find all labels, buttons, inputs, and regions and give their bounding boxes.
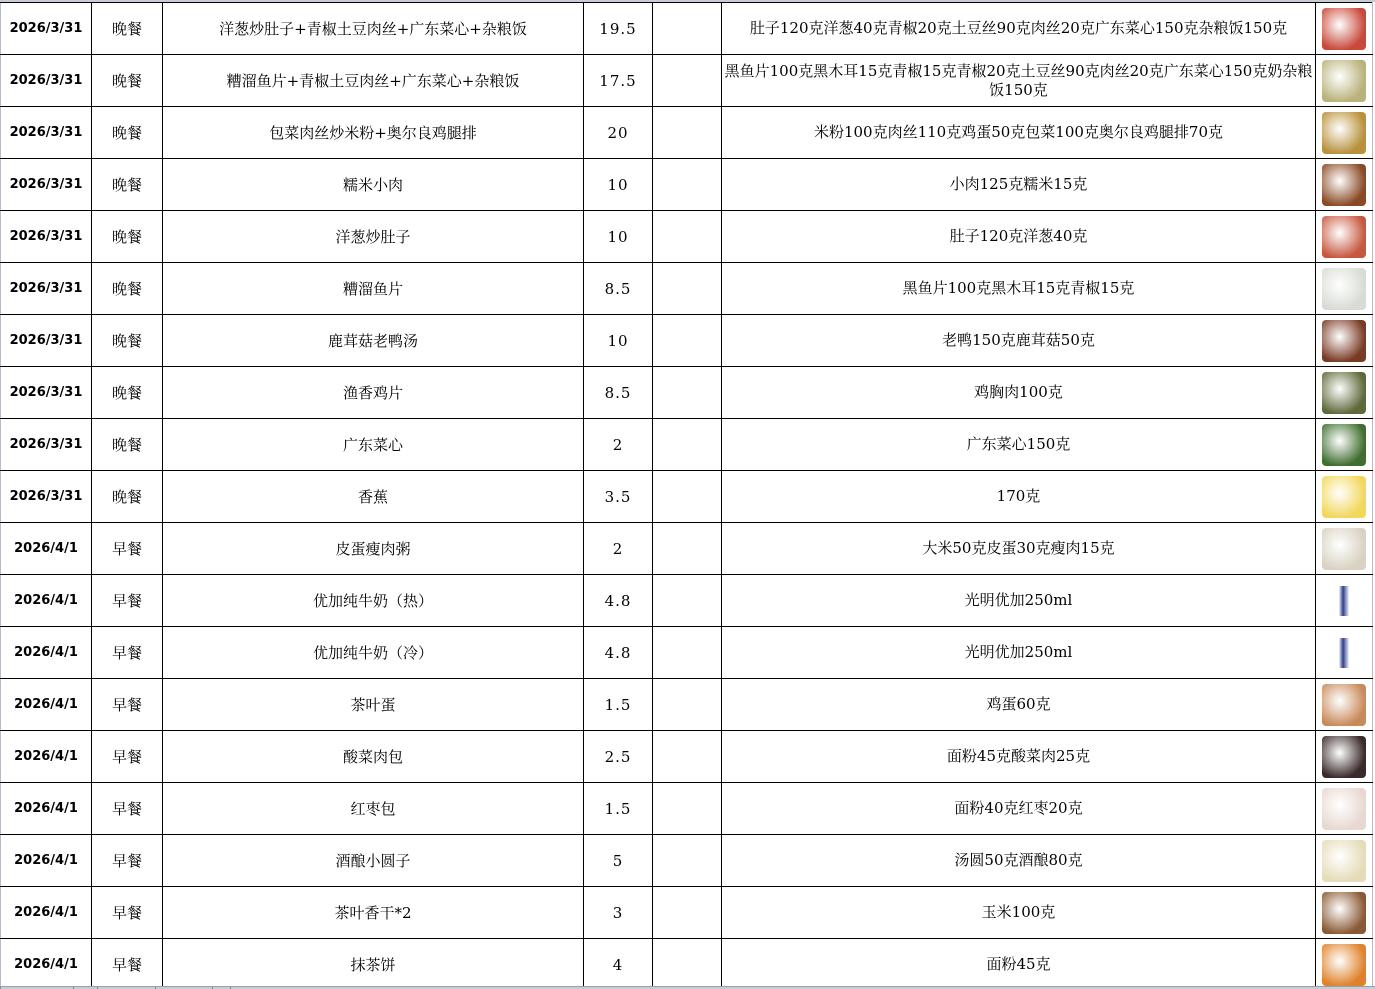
price-cell[interactable]: 8.5 (584, 263, 653, 315)
date-cell[interactable]: 2026/4/1 (1, 835, 92, 887)
ingredients-cell[interactable]: 黑鱼片100克黑木耳15克青椒15克青椒20克土豆丝90克肉丝20克广东菜心15… (722, 55, 1316, 107)
price-cell[interactable]: 4 (584, 939, 653, 989)
date-cell[interactable]: 2026/3/31 (1, 367, 92, 419)
meal-type-cell[interactable]: 早餐 (92, 575, 163, 627)
date-cell[interactable]: 2026/3/31 (1, 315, 92, 367)
meal-type-cell[interactable]: 早餐 (92, 679, 163, 731)
meal-type-cell[interactable]: 晚餐 (92, 263, 163, 315)
date-cell[interactable]: 2026/3/31 (1, 419, 92, 471)
dish-name-cell[interactable]: 香蕉 (163, 471, 584, 523)
price-cell[interactable]: 4.8 (584, 575, 653, 627)
photo-cell[interactable] (1316, 107, 1373, 159)
ingredients-cell[interactable]: 面粉40克红枣20克 (722, 783, 1316, 835)
dish-name-cell[interactable]: 红枣包 (163, 783, 584, 835)
ingredients-cell[interactable]: 光明优加250ml (722, 627, 1316, 679)
dish-name-cell[interactable]: 糯米小肉 (163, 159, 584, 211)
date-cell[interactable]: 2026/4/1 (1, 575, 92, 627)
choy-sum-photo-icon[interactable] (1322, 424, 1366, 466)
photo-cell[interactable] (1316, 315, 1373, 367)
ingredients-cell[interactable]: 鸡胸肉100克 (722, 367, 1316, 419)
dish-name-cell[interactable]: 糟溜鱼片 (163, 263, 584, 315)
table-row: 2026/4/1早餐优加纯牛奶（热）4.8光明优加250ml (1, 575, 1373, 627)
table-row: 2026/3/31晚餐糟溜鱼片8.5黑鱼片100克黑木耳15克青椒15克 (1, 263, 1373, 315)
dried-tofu-photo-icon[interactable] (1322, 892, 1366, 934)
price-cell[interactable]: 1.5 (584, 679, 653, 731)
empty-cell[interactable] (653, 211, 722, 263)
photo-cell[interactable] (1316, 731, 1373, 783)
dish-name-cell[interactable]: 优加纯牛奶（热） (163, 575, 584, 627)
ingredients-cell[interactable]: 光明优加250ml (722, 575, 1316, 627)
ingredients-cell[interactable]: 大米50克皮蛋30克瘦肉15克 (722, 523, 1316, 575)
empty-cell[interactable] (653, 471, 722, 523)
photo-cell[interactable] (1316, 939, 1373, 989)
price-cell[interactable]: 10 (584, 315, 653, 367)
date-cell[interactable]: 2026/3/31 (1, 159, 92, 211)
meal-type-cell[interactable]: 早餐 (92, 731, 163, 783)
meal-type-cell[interactable]: 晚餐 (92, 55, 163, 107)
date-cell[interactable]: 2026/3/31 (1, 107, 92, 159)
milk-carton-photo-icon[interactable] (1339, 586, 1349, 616)
ingredients-cell[interactable]: 肚子120克洋葱40克青椒20克土豆丝90克肉丝20克广东菜心150克杂粮饭15… (722, 3, 1316, 55)
price-cell[interactable]: 1.5 (584, 783, 653, 835)
eggs-photo-icon[interactable] (1322, 684, 1366, 726)
date-cell[interactable]: 2026/3/31 (1, 55, 92, 107)
dish-name-cell[interactable]: 鹿茸菇老鸭汤 (163, 315, 584, 367)
dish-name-cell[interactable]: 皮蛋瘦肉粥 (163, 523, 584, 575)
jujube-bun-photo-icon[interactable] (1322, 788, 1366, 830)
dish-name-cell[interactable]: 优加纯牛奶（冷） (163, 627, 584, 679)
dish-name-cell[interactable]: 茶叶香干*2 (163, 887, 584, 939)
banana-photo-icon[interactable] (1322, 476, 1366, 518)
empty-cell[interactable] (653, 263, 722, 315)
photo-cell[interactable] (1316, 55, 1373, 107)
price-cell[interactable]: 8.5 (584, 367, 653, 419)
meal-type-cell[interactable]: 早餐 (92, 887, 163, 939)
glutinous-rice-pork-photo-icon[interactable] (1322, 164, 1366, 206)
photo-cell[interactable] (1316, 211, 1373, 263)
empty-cell[interactable] (653, 627, 722, 679)
meal-type-cell[interactable]: 早餐 (92, 835, 163, 887)
fish-slices-photo-icon[interactable] (1322, 268, 1366, 310)
table-row: 2026/4/1早餐红枣包1.5面粉40克红枣20克 (1, 783, 1373, 835)
dish-name-cell[interactable]: 包菜肉丝炒米粉+奥尔良鸡腿排 (163, 107, 584, 159)
meal-type-cell[interactable]: 早餐 (92, 523, 163, 575)
empty-cell[interactable] (653, 679, 722, 731)
photo-cell[interactable] (1316, 159, 1373, 211)
price-cell[interactable]: 2 (584, 523, 653, 575)
table-row: 2026/4/1早餐优加纯牛奶（冷）4.8光明优加250ml (1, 627, 1373, 679)
meal-type-cell[interactable]: 晚餐 (92, 471, 163, 523)
date-cell[interactable]: 2026/4/1 (1, 731, 92, 783)
empty-cell[interactable] (653, 523, 722, 575)
date-cell[interactable]: 2026/3/31 (1, 471, 92, 523)
set-meal-tray-photo-icon[interactable] (1322, 8, 1366, 50)
date-cell[interactable]: 2026/4/1 (1, 783, 92, 835)
congee-photo-icon[interactable] (1322, 528, 1366, 570)
ingredients-cell[interactable]: 小肉125克糯米15克 (722, 159, 1316, 211)
table-row: 2026/4/1早餐茶叶蛋1.5鸡蛋60克 (1, 679, 1373, 731)
table-row: 2026/4/1早餐抹茶饼4面粉45克 (1, 939, 1373, 989)
price-cell[interactable]: 2 (584, 419, 653, 471)
menu-table-body: 2026/3/31晚餐洋葱炒肚子+青椒土豆肉丝+广东菜心+杂粮饭19.5肚子12… (1, 3, 1373, 989)
meal-type-cell[interactable]: 晚餐 (92, 315, 163, 367)
table-row: 2026/3/31晚餐糯米小肉10小肉125克糯米15克 (1, 159, 1373, 211)
meal-type-cell[interactable]: 晚餐 (92, 107, 163, 159)
fish-flavored-chicken-photo-icon[interactable] (1322, 372, 1366, 414)
table-row: 2026/3/31晚餐鹿茸菇老鸭汤10老鸭150克鹿茸菇50克 (1, 315, 1373, 367)
photo-cell[interactable] (1316, 835, 1373, 887)
empty-cell[interactable] (653, 731, 722, 783)
bento-box-photo-icon[interactable] (1322, 60, 1366, 102)
meal-type-cell[interactable]: 晚餐 (92, 419, 163, 471)
photo-cell[interactable] (1316, 887, 1373, 939)
meal-type-cell[interactable]: 晚餐 (92, 3, 163, 55)
empty-cell[interactable] (653, 887, 722, 939)
empty-cell[interactable] (653, 939, 722, 989)
ingredients-cell[interactable]: 玉米100克 (722, 887, 1316, 939)
meal-type-cell[interactable]: 早餐 (92, 939, 163, 989)
meal-type-cell[interactable]: 晚餐 (92, 159, 163, 211)
meal-type-cell[interactable]: 早餐 (92, 783, 163, 835)
ingredients-cell[interactable]: 鸡蛋60克 (722, 679, 1316, 731)
table-row: 2026/3/31晚餐香蕉3.5170克 (1, 471, 1373, 523)
empty-cell[interactable] (653, 55, 722, 107)
price-cell[interactable]: 3 (584, 887, 653, 939)
menu-table: 2026/3/31晚餐洋葱炒肚子+青椒土豆肉丝+广东菜心+杂粮饭19.5肚子12… (0, 2, 1373, 989)
dish-name-cell[interactable]: 糟溜鱼片+青椒土豆肉丝+广东菜心+杂粮饭 (163, 55, 584, 107)
onion-tripe-photo-icon[interactable] (1322, 216, 1366, 258)
empty-cell[interactable] (653, 159, 722, 211)
photo-cell[interactable] (1316, 523, 1373, 575)
table-row: 2026/3/31晚餐洋葱炒肚子10肚子120克洋葱40克 (1, 211, 1373, 263)
photo-cell[interactable] (1316, 263, 1373, 315)
date-cell[interactable]: 2026/4/1 (1, 939, 92, 989)
photo-cell[interactable] (1316, 627, 1373, 679)
price-cell[interactable]: 3.5 (584, 471, 653, 523)
dish-name-cell[interactable]: 广东菜心 (163, 419, 584, 471)
meal-type-cell[interactable]: 早餐 (92, 627, 163, 679)
dish-name-cell[interactable]: 酸菜肉包 (163, 731, 584, 783)
table-row: 2026/3/31晚餐包菜肉丝炒米粉+奥尔良鸡腿排20米粉100克肉丝110克鸡… (1, 107, 1373, 159)
table-row: 2026/4/1早餐酒酿小圆子5汤圆50克酒酿80克 (1, 835, 1373, 887)
empty-cell[interactable] (653, 367, 722, 419)
price-cell[interactable]: 20 (584, 107, 653, 159)
ingredients-cell[interactable]: 170克 (722, 471, 1316, 523)
ingredients-cell[interactable]: 面粉45克 (722, 939, 1316, 989)
empty-cell[interactable] (653, 835, 722, 887)
empty-cell[interactable] (653, 315, 722, 367)
meal-type-cell[interactable]: 晚餐 (92, 367, 163, 419)
dish-name-cell[interactable]: 茶叶蛋 (163, 679, 584, 731)
dish-name-cell[interactable]: 渔香鸡片 (163, 367, 584, 419)
photo-cell[interactable] (1316, 471, 1373, 523)
price-cell[interactable]: 19.5 (584, 3, 653, 55)
milk-carton-photo-icon[interactable] (1339, 638, 1349, 668)
price-cell[interactable]: 17.5 (584, 55, 653, 107)
date-cell[interactable]: 2026/4/1 (1, 887, 92, 939)
ingredients-cell[interactable]: 米粉100克肉丝110克鸡蛋50克包菜100克奥尔良鸡腿排70克 (722, 107, 1316, 159)
photo-cell[interactable] (1316, 783, 1373, 835)
price-cell[interactable]: 10 (584, 159, 653, 211)
dish-name-cell[interactable]: 酒酿小圆子 (163, 835, 584, 887)
photo-cell[interactable] (1316, 367, 1373, 419)
fried-rice-noodles-photo-icon[interactable] (1322, 112, 1366, 154)
ingredients-cell[interactable]: 面粉45克酸菜肉25克 (722, 731, 1316, 783)
duck-soup-photo-icon[interactable] (1322, 320, 1366, 362)
ingredients-cell[interactable]: 广东菜心150克 (722, 419, 1316, 471)
price-cell[interactable]: 4.8 (584, 627, 653, 679)
ingredients-cell[interactable]: 黑鱼片100克黑木耳15克青椒15克 (722, 263, 1316, 315)
menu-spreadsheet: 2026/3/31晚餐洋葱炒肚子+青椒土豆肉丝+广东菜心+杂粮饭19.5肚子12… (0, 2, 1375, 989)
dish-name-cell[interactable]: 抹茶饼 (163, 939, 584, 989)
rice-ball-soup-photo-icon[interactable] (1322, 840, 1366, 882)
date-cell[interactable]: 2026/3/31 (1, 211, 92, 263)
price-cell[interactable]: 10 (584, 211, 653, 263)
date-cell[interactable]: 2026/4/1 (1, 679, 92, 731)
empty-cell[interactable] (653, 107, 722, 159)
empty-cell[interactable] (653, 575, 722, 627)
date-cell[interactable]: 2026/4/1 (1, 523, 92, 575)
table-row: 2026/3/31晚餐洋葱炒肚子+青椒土豆肉丝+广东菜心+杂粮饭19.5肚子12… (1, 3, 1373, 55)
ingredients-cell[interactable]: 肚子120克洋葱40克 (722, 211, 1316, 263)
ingredients-cell[interactable]: 老鸭150克鹿茸菇50克 (722, 315, 1316, 367)
empty-cell[interactable] (653, 783, 722, 835)
date-cell[interactable]: 2026/3/31 (1, 263, 92, 315)
table-row: 2026/4/1早餐皮蛋瘦肉粥2大米50克皮蛋30克瘦肉15克 (1, 523, 1373, 575)
photo-cell[interactable] (1316, 419, 1373, 471)
table-row: 2026/3/31晚餐广东菜心2广东菜心150克 (1, 419, 1373, 471)
photo-cell[interactable] (1316, 679, 1373, 731)
empty-cell[interactable] (653, 419, 722, 471)
photo-cell[interactable] (1316, 575, 1373, 627)
meal-type-cell[interactable]: 晚餐 (92, 211, 163, 263)
photo-cell[interactable] (1316, 3, 1373, 55)
table-row: 2026/3/31晚餐糟溜鱼片+青椒土豆肉丝+广东菜心+杂粮饭17.5黑鱼片10… (1, 55, 1373, 107)
dish-name-cell[interactable]: 洋葱炒肚子 (163, 211, 584, 263)
date-cell[interactable]: 2026/4/1 (1, 627, 92, 679)
dish-name-cell[interactable]: 洋葱炒肚子+青椒土豆肉丝+广东菜心+杂粮饭 (163, 3, 584, 55)
empty-cell[interactable] (653, 3, 722, 55)
table-row: 2026/3/31晚餐渔香鸡片8.5鸡胸肉100克 (1, 367, 1373, 419)
table-row: 2026/4/1早餐茶叶香干*23玉米100克 (1, 887, 1373, 939)
ingredients-cell[interactable]: 汤圆50克酒酿80克 (722, 835, 1316, 887)
price-cell[interactable]: 5 (584, 835, 653, 887)
date-cell[interactable]: 2026/3/31 (1, 3, 92, 55)
table-row: 2026/4/1早餐酸菜肉包2.5面粉45克酸菜肉25克 (1, 731, 1373, 783)
matcha-cake-photo-icon[interactable] (1322, 944, 1366, 986)
pickled-bun-photo-icon[interactable] (1322, 736, 1366, 778)
price-cell[interactable]: 2.5 (584, 731, 653, 783)
